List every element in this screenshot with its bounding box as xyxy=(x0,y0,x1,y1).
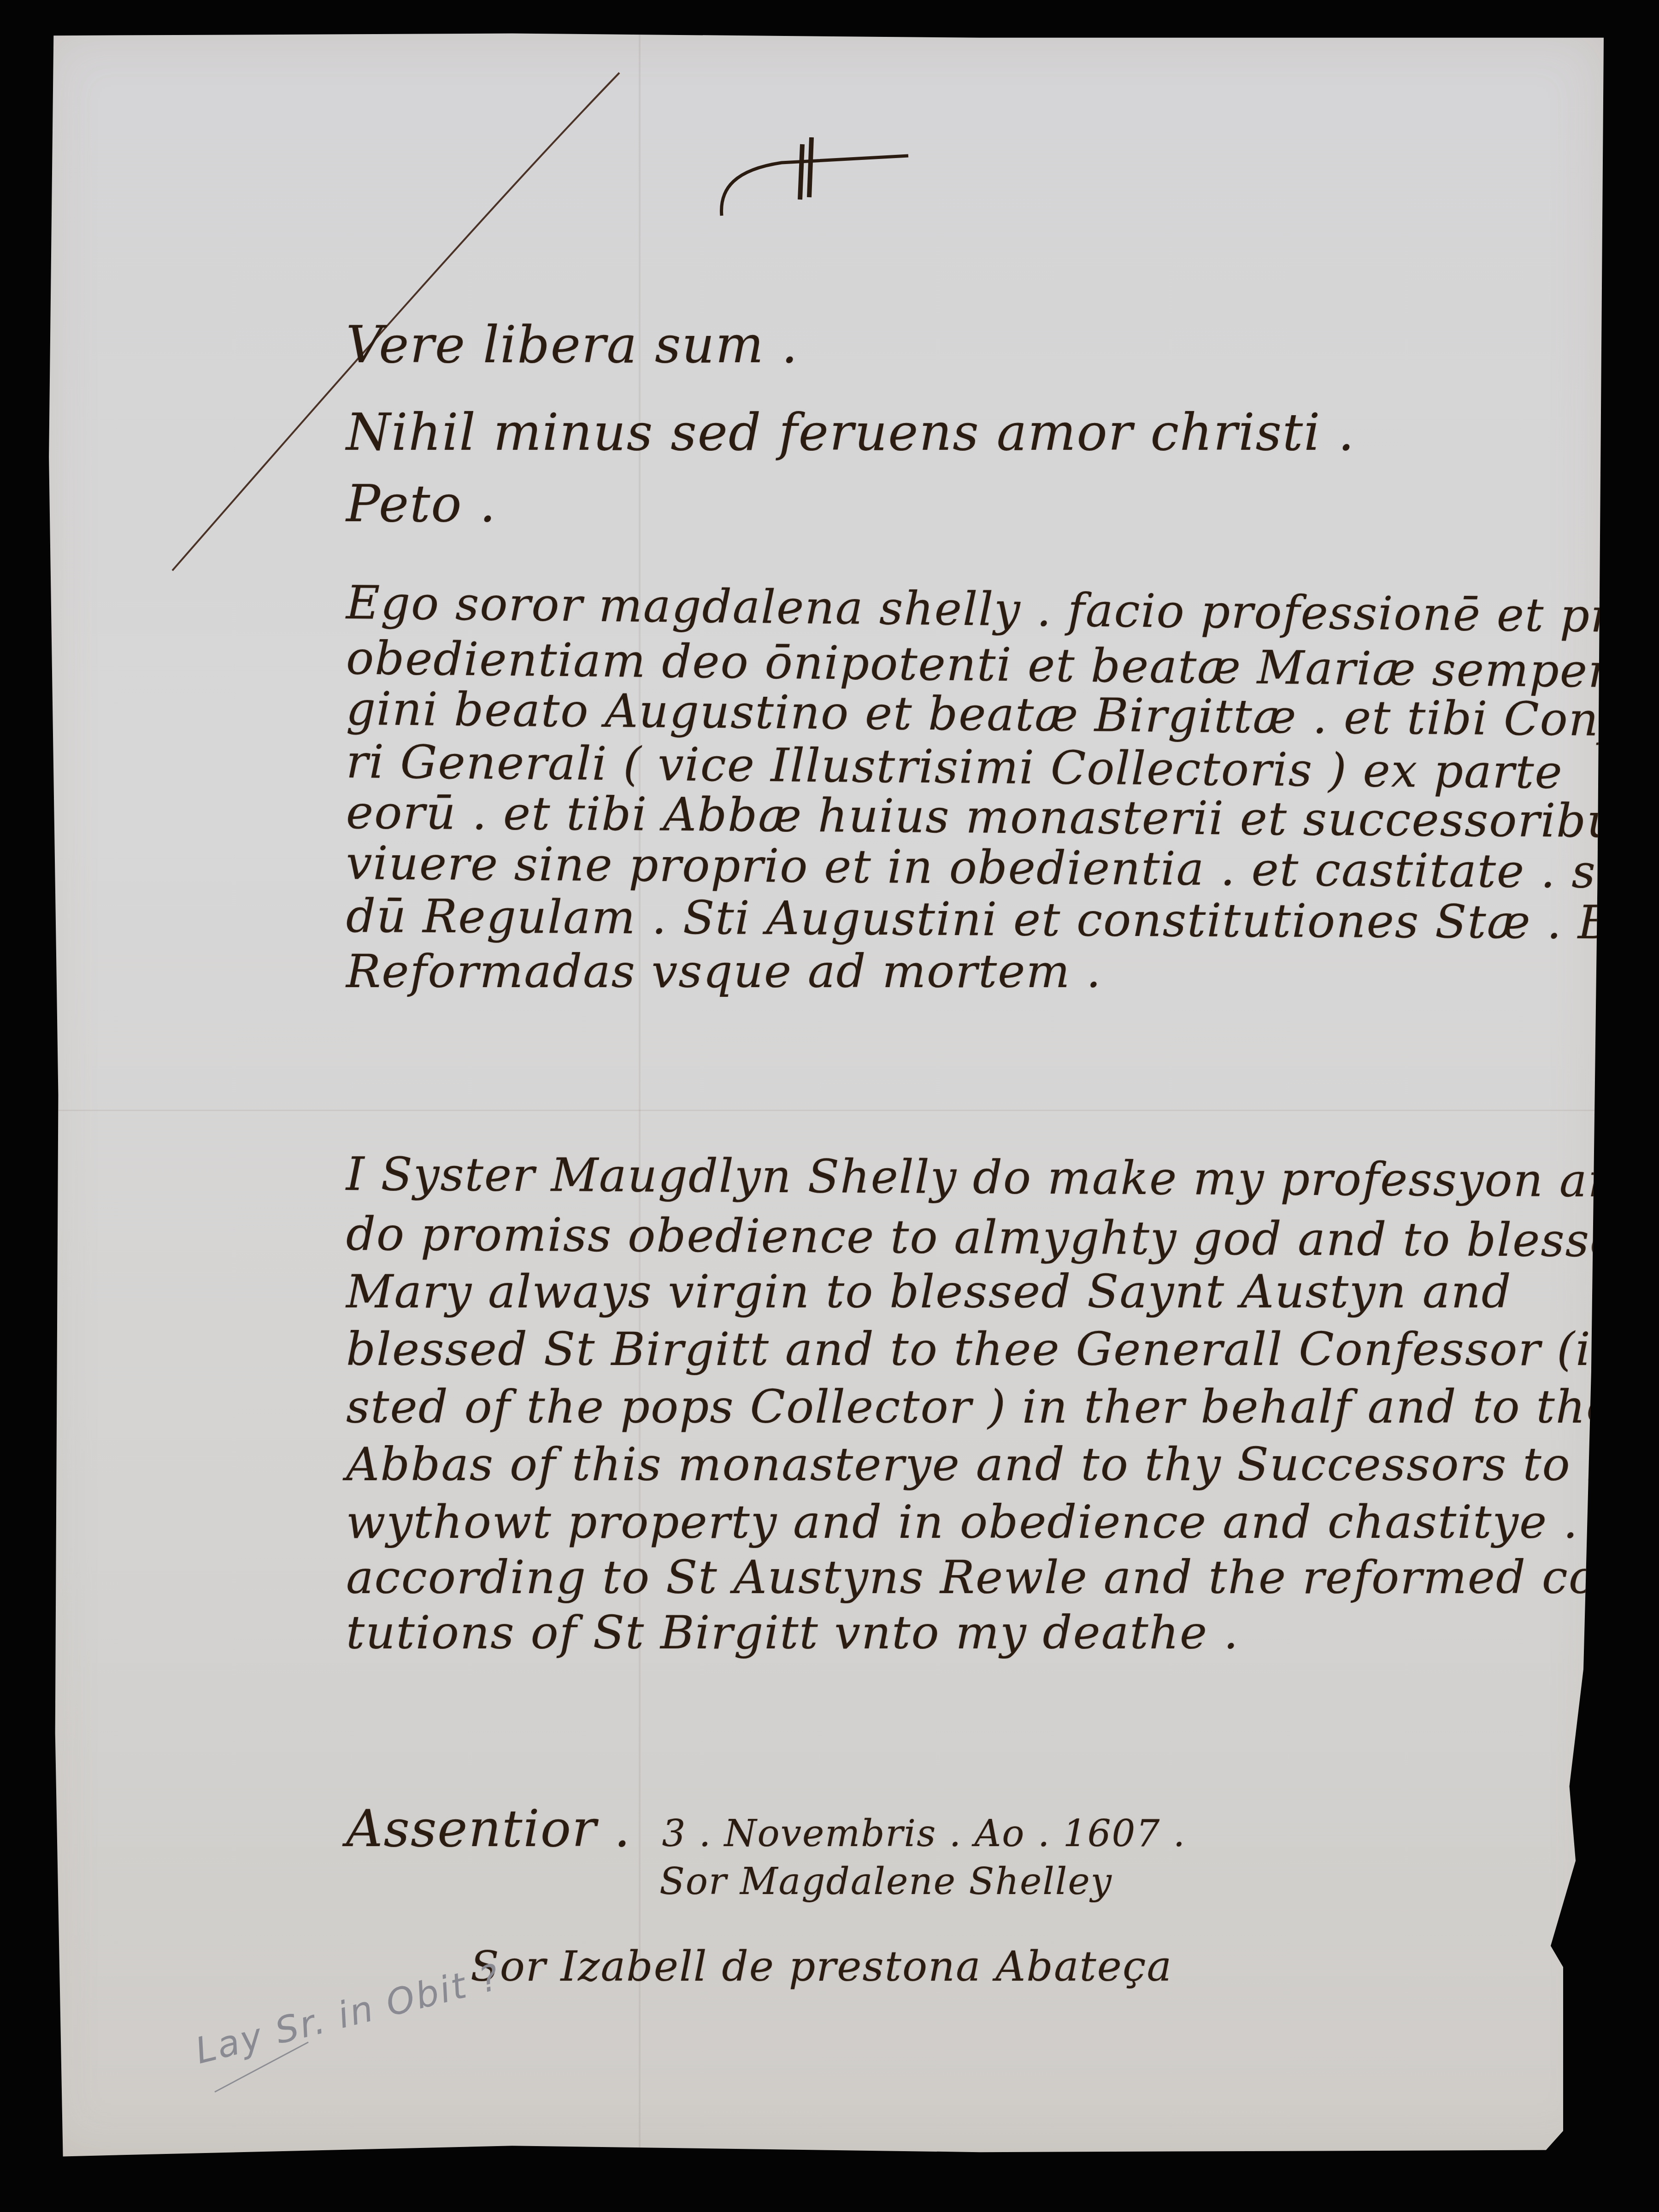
english-line: I Syster Maugdlyn Shelly do make my prof… xyxy=(346,1147,1659,1213)
signature-abbess: Sor Izabell de prestona Abateça xyxy=(471,1939,1172,1994)
pencil-annotation: Lay Sr. in Obit ? xyxy=(191,1956,505,2072)
folio-mark-icon xyxy=(717,137,911,220)
paper-fold-horizontal xyxy=(44,1110,1604,1111)
formula-line-peto: Peto . xyxy=(346,476,497,531)
english-line: Mary always virgin to blessed Saynt Aust… xyxy=(346,1264,1522,1324)
assent-date: 3 . Novembris . Ao . 1607 . xyxy=(662,1812,1186,1855)
assent-line: Assentior . 3 . Novembris . Ao . 1607 . xyxy=(346,1801,1186,1861)
latin-line: Reformadas vsque ad mortem . xyxy=(346,944,1112,1004)
assent-word: Assentior . xyxy=(346,1799,631,1858)
english-line: Abbas of this monasterye and to thy Succ… xyxy=(346,1437,1659,1497)
formula-line-nihil: Nihil minus sed feruens amor christi . xyxy=(346,405,1355,460)
english-line: sted of the pops Collector ) in ther beh… xyxy=(346,1379,1624,1439)
english-line: do promiss obedience to almyghty god and… xyxy=(346,1206,1659,1273)
english-line: tutions of St Birgitt vnto my deathe . xyxy=(346,1605,1249,1665)
signature-professed-nun: Sor Magdalene Shelley xyxy=(659,1854,1112,1909)
english-line: according to St Austyns Rewle and the re… xyxy=(346,1550,1659,1610)
english-line: wythowt property and in obedience and ch… xyxy=(346,1494,1589,1554)
english-line: blessed St Birgitt and to thee Generall … xyxy=(346,1322,1632,1382)
manuscript-sheet: Vere libera sum . Nihil minus sed feruen… xyxy=(44,31,1604,2159)
formula-line-vere: Vere libera sum . xyxy=(346,317,799,372)
